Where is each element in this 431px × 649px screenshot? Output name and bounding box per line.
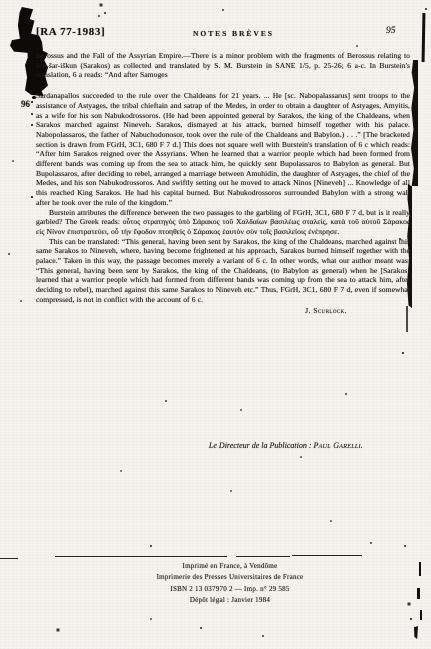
margin-page-number: 96: [21, 99, 30, 109]
scan-border-right: [411, 60, 418, 186]
note-body: Berossus and the Fall of the Assyrian Em…: [36, 51, 410, 305]
separator-rule: [0, 558, 18, 559]
imprint-line: Imprimé en France, à Vendôme: [98, 561, 362, 572]
running-title: NOTES BRÈVES: [193, 29, 274, 38]
scan-noise-specks: [0, 0, 2, 2]
body-paragraph: This can be translated: “This general, h…: [36, 237, 410, 305]
body-paragraph: Sardanapallos succeeded to the rule over…: [36, 91, 410, 207]
separator-rule: [55, 556, 227, 557]
page-number: 95: [386, 26, 396, 36]
body-paragraph: Berossus and the Fall of the Assyrian Em…: [36, 51, 410, 80]
author-signature: J. Scurlock.: [36, 306, 410, 315]
scan-border-fragment: [419, 562, 421, 576]
journal-reference: [RA 77-1983]: [36, 26, 105, 38]
scan-border-fragment: [420, 610, 422, 620]
printer-imprint: Imprimé en France, à VendômeImprimerie d…: [98, 561, 362, 607]
scan-border-fragment: [414, 626, 418, 639]
separator-rule: [236, 556, 290, 557]
publication-director-line: Le Directeur de la Publication : Paul Ga…: [140, 441, 431, 450]
publication-director-name: Paul Garelli.: [314, 441, 364, 450]
scanned-journal-page: [RA 77-1983] NOTES BRÈVES 95 96 Berossus…: [0, 0, 431, 649]
body-paragraph: Burstein attributes the difference betwe…: [36, 208, 410, 237]
scan-border-fragment: [417, 588, 420, 599]
separator-rule: [292, 555, 362, 556]
scan-border-right: [422, 13, 426, 62]
imprint-line: Dépôt légal : Janvier 1984: [98, 595, 362, 606]
note-column: Berossus and the Fall of the Assyrian Em…: [36, 51, 410, 315]
imprint-line: Imprimerie des Presses Universitaires de…: [98, 572, 362, 583]
imprint-line: ISBN 2 13 037970 2 — Imp. n° 29 585: [98, 584, 362, 595]
publication-director-label: Le Directeur de la Publication :: [209, 441, 312, 450]
